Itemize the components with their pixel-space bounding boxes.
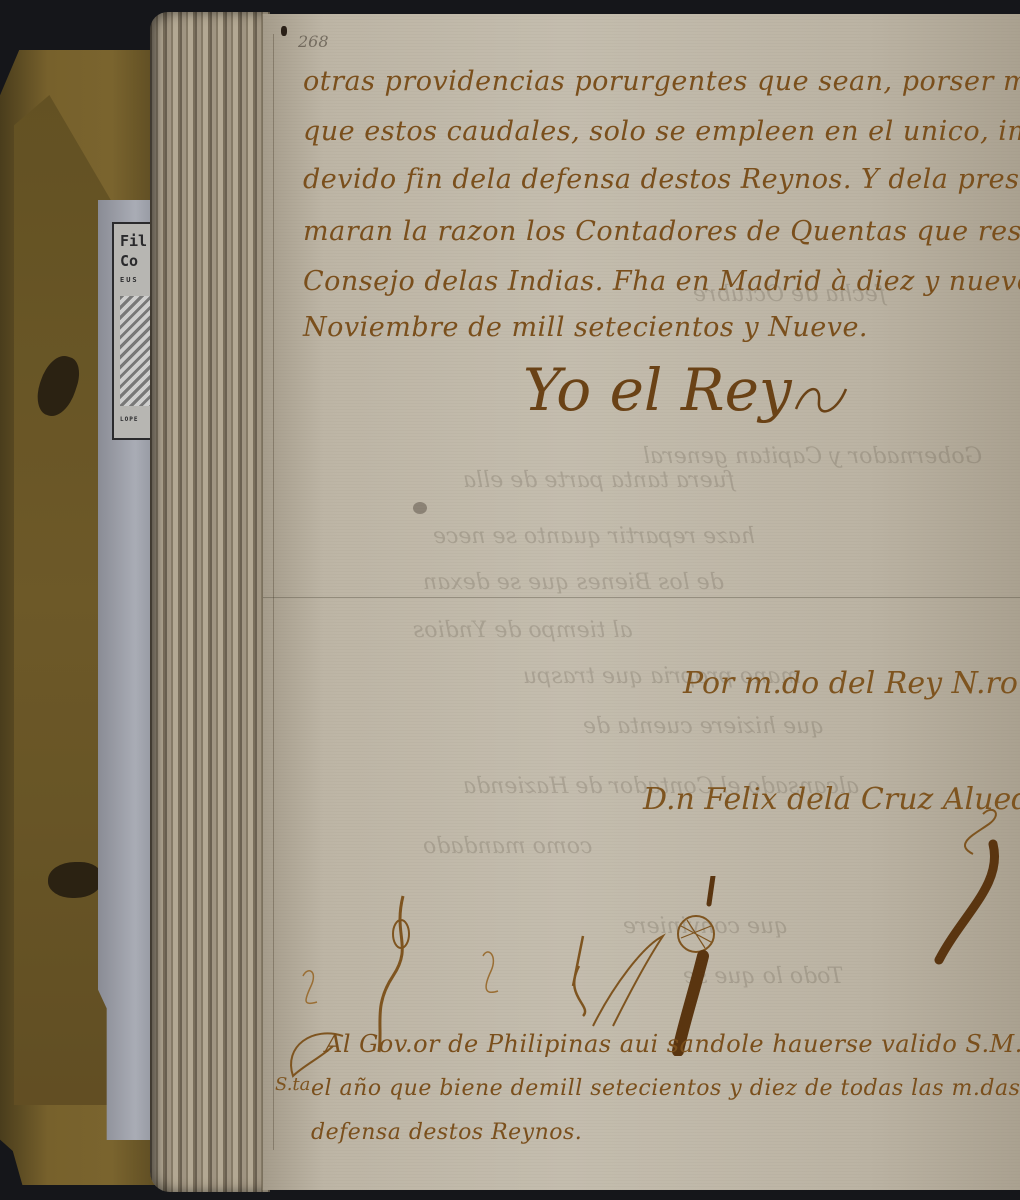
council-rubrics-icon [283, 876, 983, 1056]
royal-rubric-icon [791, 379, 851, 419]
ink-blot [281, 26, 287, 36]
text-line-5: Consejo delas Indias. Fha en Madrid à di… [303, 266, 1020, 297]
bleed-through-text: de los Bienes que se dexan [423, 570, 724, 595]
text-line-2: que estos caudales, solo se empleen en e… [303, 116, 1020, 147]
text-line-4: maran la razon los Contadores de Quentas… [303, 216, 1020, 247]
ink-blot [413, 502, 427, 514]
margin-rule [273, 34, 274, 1150]
summary-line-1: Al Gov.or de Philipinas aui sandole haue… [325, 1030, 1020, 1058]
page-stack-edge [150, 12, 270, 1192]
manuscript-photo: Fil Co EUS LOPE 268 fecha de Octubre Gob… [0, 0, 1020, 1200]
bleed-through-text: fuera tanta parte de ella [463, 468, 735, 493]
bleed-through-text: Gobernador y Capitan general [643, 444, 982, 469]
text-line-6: Noviembre de mill setecientos y Nueve. [303, 312, 868, 343]
margin-note: S.ta [275, 1074, 310, 1095]
cover-stain [48, 862, 102, 898]
summary-line-3: defensa destos Reynos. [311, 1120, 582, 1145]
label-footer: LOPE [120, 416, 138, 423]
fold-crease [263, 597, 1020, 598]
manuscript-page: 268 fecha de Octubre Gobernador y Capita… [262, 14, 1020, 1190]
bleed-through-text: al tiempo de Yndios [413, 618, 633, 643]
label-line-3: EUS [120, 276, 139, 284]
text-line-1: otras providencias porurgentes que sean,… [303, 66, 1020, 97]
bleed-through-text: como mandado [423, 834, 592, 859]
text-line-3: devido fin dela defensa destos Reynos. Y… [303, 164, 1020, 195]
secretary-order-line: Por m.do del Rey N.ro S.or [683, 666, 1020, 701]
royal-signature: Yo el Rey [523, 356, 792, 424]
summary-line-2: el año que biene demill setecientos y di… [311, 1076, 1020, 1101]
label-line-2: Co [120, 252, 138, 270]
bleed-through-text: que hiziere cuenta de [583, 714, 824, 739]
label-line-1: Fil [120, 232, 147, 250]
bleed-through-text: haze repartir quanto se nece [433, 524, 755, 549]
folio-number: 268 [298, 32, 329, 51]
